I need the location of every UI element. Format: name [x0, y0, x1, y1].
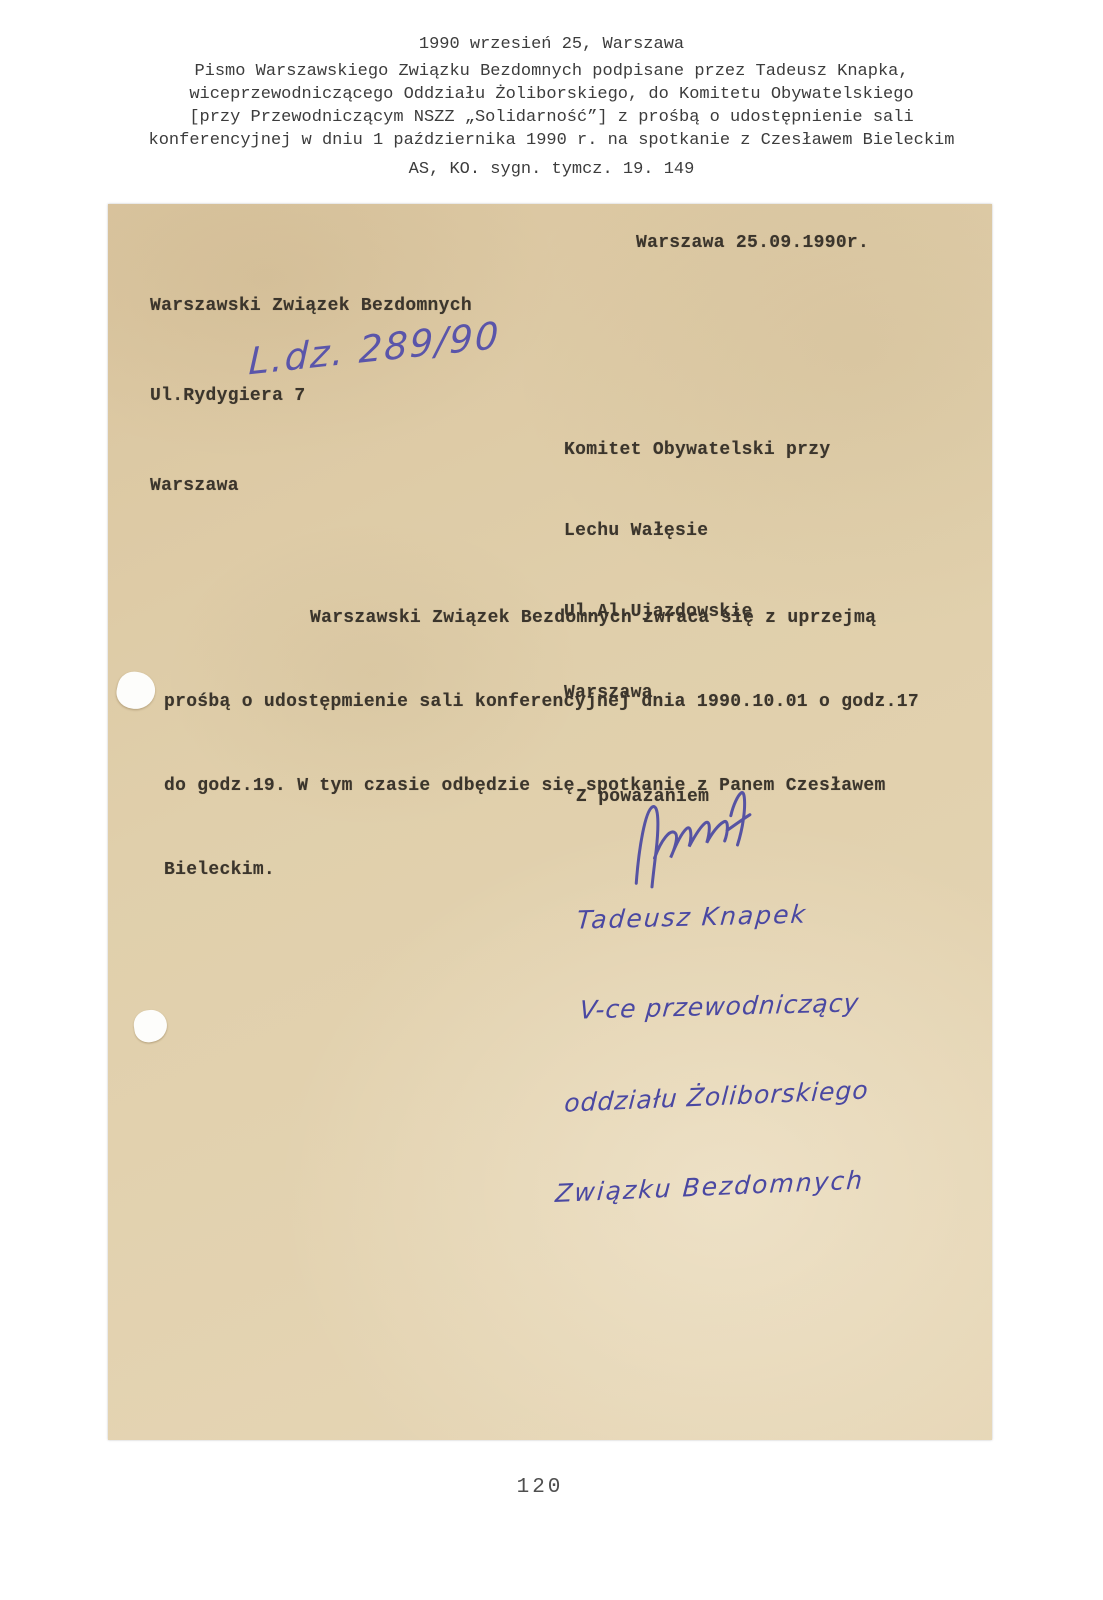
caption-description-line: wiceprzewodniczącego Oddziału Żoliborski… [0, 83, 1103, 106]
caption-archive-reference: AS, KO. sygn. tymcz. 19. 149 [0, 158, 1103, 181]
scanned-letter-paper: Warszawski Związek Bezdomnych Ul.Rydygie… [108, 204, 992, 1440]
signature-line: oddziału Żoliborskiego [563, 1075, 872, 1118]
archival-caption: 1990 wrzesień 25, Warszawa Pismo Warszaw… [0, 33, 1103, 181]
recipient-line: Lechu Wałęsie [564, 518, 830, 545]
caption-description-line: konferencyjnej w dniu 1 października 199… [0, 129, 1103, 152]
page-number: 120 [0, 1476, 1080, 1499]
punch-hole-top [114, 668, 159, 712]
recipient-line: Komitet Obywatelski przy [564, 437, 830, 464]
caption-description-line: [przy Przewodniczącym NSZZ „Solidarność”… [0, 106, 1103, 129]
handwritten-signature-block: Tadeusz Knapek V-ce przewodniczący oddzi… [543, 837, 891, 1266]
sender-address-block: Warszawski Związek Bezdomnych Ul.Rydygie… [150, 231, 472, 561]
sender-line: Warszawa [150, 471, 472, 501]
sender-line: Ul.Rydygiera 7 [150, 381, 472, 411]
signature-line: Związku Bezdomnych [554, 1165, 865, 1209]
caption-date-line: 1990 wrzesień 25, Warszawa [0, 33, 1103, 56]
signature-line: Tadeusz Knapek [576, 898, 887, 936]
punch-hole-bottom [132, 1008, 169, 1044]
signature-line: V-ce przewodniczący [578, 988, 879, 1026]
caption-description-line: Pismo Warszawskiego Związku Bezdomnych p… [0, 60, 1103, 83]
body-line: do godz.19. W tym czasie odbędzie się sp… [164, 772, 944, 800]
body-line: Warszawski Związek Bezdomnych zwraca się… [164, 604, 944, 632]
caption-description: Pismo Warszawskiego Związku Bezdomnych p… [0, 60, 1103, 152]
body-line: prośbą o udostępmienie sali konferencyjn… [164, 688, 944, 716]
letter-date: Warszawa 25.09.1990r. [636, 233, 869, 253]
sender-line: Warszawski Związek Bezdomnych [150, 291, 472, 321]
